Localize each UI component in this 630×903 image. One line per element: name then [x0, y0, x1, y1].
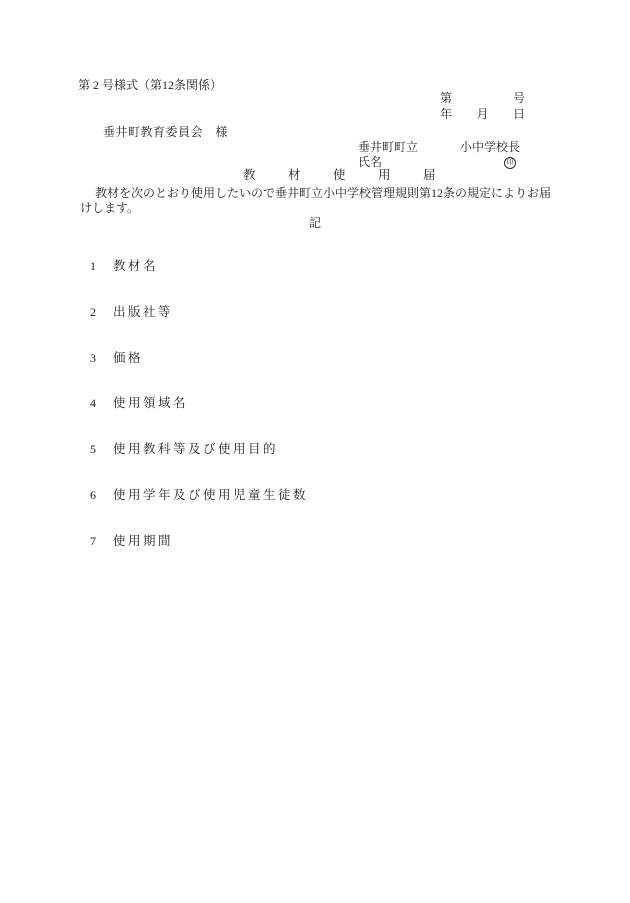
item-label: 出版社等: [113, 305, 173, 321]
item-number: 4: [90, 396, 113, 412]
list-item: 1 教材名: [90, 259, 308, 275]
item-label: 使用教科等及び使用目的: [113, 442, 278, 458]
item-list: 1 教材名 2 出版社等 3 価格 4 使用領域名 5 使用教科等及び使用目的 …: [90, 229, 308, 580]
doc-number-suffix: 号: [513, 91, 525, 106]
date-year-label: 年: [440, 107, 452, 122]
list-item: 7 使用期間: [90, 534, 308, 550]
item-number: 5: [90, 442, 113, 458]
item-number: 3: [90, 351, 113, 367]
list-item: 2 出版社等: [90, 305, 308, 321]
item-label: 使用学年及び使用児童生徒数: [113, 488, 308, 504]
item-number: 1: [90, 259, 113, 275]
seal-character: 印: [507, 159, 514, 166]
item-label: 価格: [113, 351, 143, 367]
body-text-line-2: けします。: [80, 201, 139, 216]
item-label: 教材名: [113, 259, 158, 275]
item-label: 使用期間: [113, 534, 173, 550]
list-item: 5 使用教科等及び使用目的: [90, 442, 308, 458]
seal-mark: 印: [504, 157, 516, 169]
item-number: 2: [90, 305, 113, 321]
body-text-line-1: 教材を次のとおり使用したいので垂井町立小中学校管理規則第12条の規定によりお届: [95, 186, 551, 201]
doc-number-line: 第 号: [440, 91, 525, 106]
sender-line: 垂井町町立 小中学校長: [358, 140, 520, 155]
date-line: 年 月 日: [440, 107, 525, 122]
date-day-label: 日: [513, 107, 525, 122]
item-label: 使用領域名: [113, 396, 188, 412]
sender-organization: 垂井町町立: [358, 140, 418, 155]
form-number: 第 2 号様式（第12条関係）: [78, 78, 222, 93]
list-item: 4 使用領域名: [90, 396, 308, 412]
addressee: 垂井町教育委員会 様: [103, 125, 228, 140]
document-title: 教 材 使 用 届: [243, 168, 446, 183]
doc-number-prefix: 第: [440, 91, 452, 106]
sender-role: 小中学校長: [460, 140, 520, 155]
date-month-label: 月: [476, 107, 488, 122]
document-page: 第 2 号様式（第12条関係） 第 号 年 月 日 垂井町教育委員会 様 垂井町…: [0, 0, 630, 903]
list-item: 3 価格: [90, 351, 308, 367]
item-number: 6: [90, 488, 113, 504]
item-number: 7: [90, 534, 113, 550]
list-item: 6 使用学年及び使用児童生徒数: [90, 488, 308, 504]
